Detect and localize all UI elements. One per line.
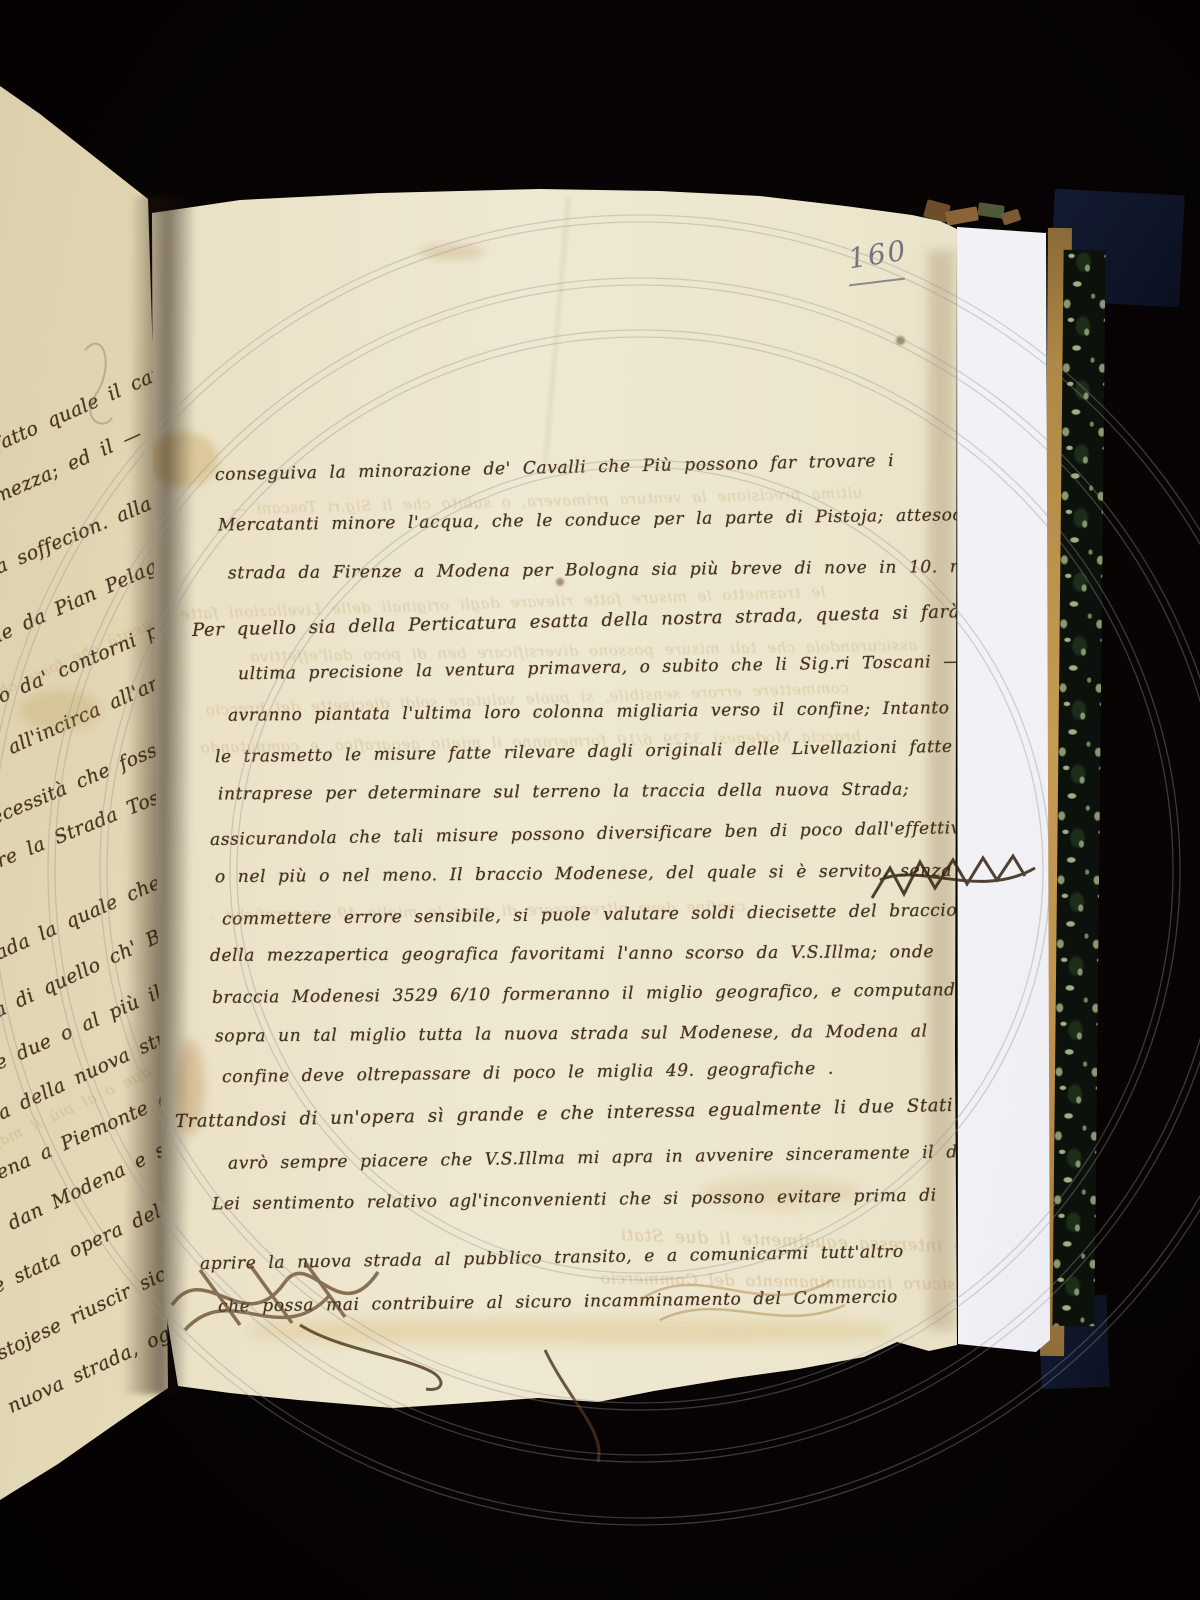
ink-scribble [872,856,1035,898]
bleedthrough-flourish [640,1280,845,1320]
photo-background: de, fatto quale il canale a fermezza; ed… [0,0,1200,1600]
flourish-descender [300,1325,599,1462]
bleedthrough-scrawl [172,1262,378,1330]
